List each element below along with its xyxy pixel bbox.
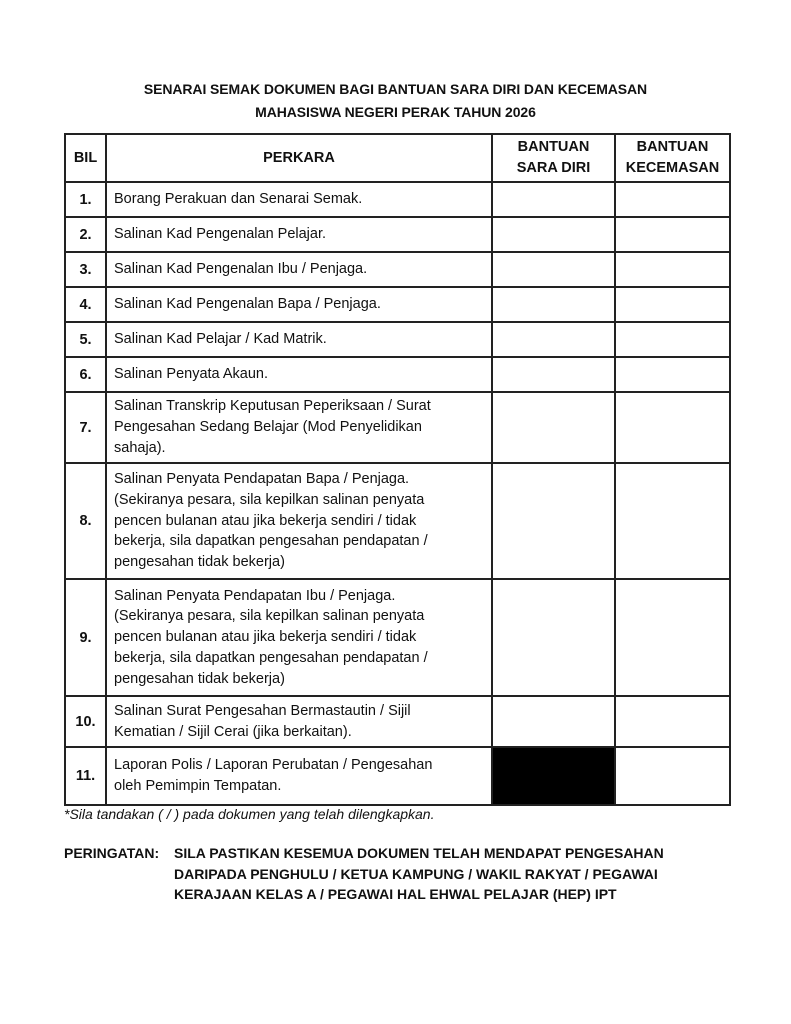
sara-diri-checkbox[interactable] — [492, 252, 615, 287]
kecemasan-checkbox[interactable] — [615, 357, 730, 392]
row-item-description: Salinan Kad Pengenalan Ibu / Penjaga. — [106, 252, 492, 287]
row-number: 10. — [65, 696, 106, 747]
row-number: 9. — [65, 579, 106, 696]
table-row: 4.Salinan Kad Pengenalan Bapa / Penjaga. — [65, 287, 730, 322]
kecemasan-checkbox[interactable] — [615, 182, 730, 217]
row-number: 4. — [65, 287, 106, 322]
row-number: 7. — [65, 392, 106, 463]
kecemasan-checkbox[interactable] — [615, 252, 730, 287]
row-item-description: Salinan Penyata Pendapatan Bapa / Penjag… — [106, 463, 492, 579]
table-row: 7.Salinan Transkrip Keputusan Peperiksaa… — [65, 392, 730, 463]
kecemasan-checkbox[interactable] — [615, 463, 730, 579]
kecemasan-checkbox[interactable] — [615, 217, 730, 252]
row-number: 3. — [65, 252, 106, 287]
sara-diri-checkbox[interactable] — [492, 579, 615, 696]
header-bil: BIL — [65, 134, 106, 182]
instruction-note: *Sila tandakan ( / ) pada dokumen yang t… — [64, 806, 434, 822]
row-number: 8. — [65, 463, 106, 579]
document-title-line2: MAHASISWA NEGERI PERAK TAHUN 2026 — [0, 104, 791, 120]
row-number: 1. — [65, 182, 106, 217]
sara-diri-checkbox[interactable] — [492, 463, 615, 579]
warning-block: PERINGATAN: SILA PASTIKAN KESEMUA DOKUME… — [64, 843, 734, 905]
sara-diri-checkbox[interactable] — [492, 392, 615, 463]
kecemasan-checkbox[interactable] — [615, 579, 730, 696]
row-item-description: Borang Perakuan dan Senarai Semak. — [106, 182, 492, 217]
sara-diri-checkbox[interactable] — [492, 217, 615, 252]
sara-diri-checkbox[interactable] — [492, 357, 615, 392]
table-header-row: BIL PERKARA BANTUAN SARA DIRI BANTUAN KE… — [65, 134, 730, 182]
checklist-body: 1.Borang Perakuan dan Senarai Semak.2.Sa… — [65, 182, 730, 805]
table-row: 2.Salinan Kad Pengenalan Pelajar. — [65, 217, 730, 252]
header-sara-diri: BANTUAN SARA DIRI — [492, 134, 615, 182]
row-item-description: Salinan Kad Pengenalan Bapa / Penjaga. — [106, 287, 492, 322]
row-number: 2. — [65, 217, 106, 252]
table-row: 9.Salinan Penyata Pendapatan Ibu / Penja… — [65, 579, 730, 696]
checklist-table: BIL PERKARA BANTUAN SARA DIRI BANTUAN KE… — [64, 133, 731, 806]
sara-diri-checkbox-disabled — [492, 747, 615, 805]
table-row: 3.Salinan Kad Pengenalan Ibu / Penjaga. — [65, 252, 730, 287]
table-row: 10.Salinan Surat Pengesahan Bermastautin… — [65, 696, 730, 747]
document-title-line1: SENARAI SEMAK DOKUMEN BAGI BANTUAN SARA … — [0, 81, 791, 97]
row-item-description: Laporan Polis / Laporan Perubatan / Peng… — [106, 747, 492, 805]
row-item-description: Salinan Kad Pengenalan Pelajar. — [106, 217, 492, 252]
table-row: 5.Salinan Kad Pelajar / Kad Matrik. — [65, 322, 730, 357]
table-row: 8.Salinan Penyata Pendapatan Bapa / Penj… — [65, 463, 730, 579]
sara-diri-checkbox[interactable] — [492, 696, 615, 747]
kecemasan-checkbox[interactable] — [615, 322, 730, 357]
kecemasan-checkbox[interactable] — [615, 392, 730, 463]
sara-diri-checkbox[interactable] — [492, 182, 615, 217]
row-number: 5. — [65, 322, 106, 357]
kecemasan-checkbox[interactable] — [615, 747, 730, 805]
row-item-description: Salinan Penyata Akaun. — [106, 357, 492, 392]
row-number: 11. — [65, 747, 106, 805]
sara-diri-checkbox[interactable] — [492, 287, 615, 322]
kecemasan-checkbox[interactable] — [615, 696, 730, 747]
header-kecemasan: BANTUAN KECEMASAN — [615, 134, 730, 182]
table-row: 11.Laporan Polis / Laporan Perubatan / P… — [65, 747, 730, 805]
header-perkara: PERKARA — [106, 134, 492, 182]
warning-text: SILA PASTIKAN KESEMUA DOKUMEN TELAH MEND… — [174, 843, 734, 905]
warning-label: PERINGATAN: — [64, 843, 174, 905]
table-row: 1.Borang Perakuan dan Senarai Semak. — [65, 182, 730, 217]
table-row: 6.Salinan Penyata Akaun. — [65, 357, 730, 392]
row-item-description: Salinan Surat Pengesahan Bermastautin / … — [106, 696, 492, 747]
kecemasan-checkbox[interactable] — [615, 287, 730, 322]
row-item-description: Salinan Kad Pelajar / Kad Matrik. — [106, 322, 492, 357]
row-item-description: Salinan Transkrip Keputusan Peperiksaan … — [106, 392, 492, 463]
row-item-description: Salinan Penyata Pendapatan Ibu / Penjaga… — [106, 579, 492, 696]
row-number: 6. — [65, 357, 106, 392]
sara-diri-checkbox[interactable] — [492, 322, 615, 357]
